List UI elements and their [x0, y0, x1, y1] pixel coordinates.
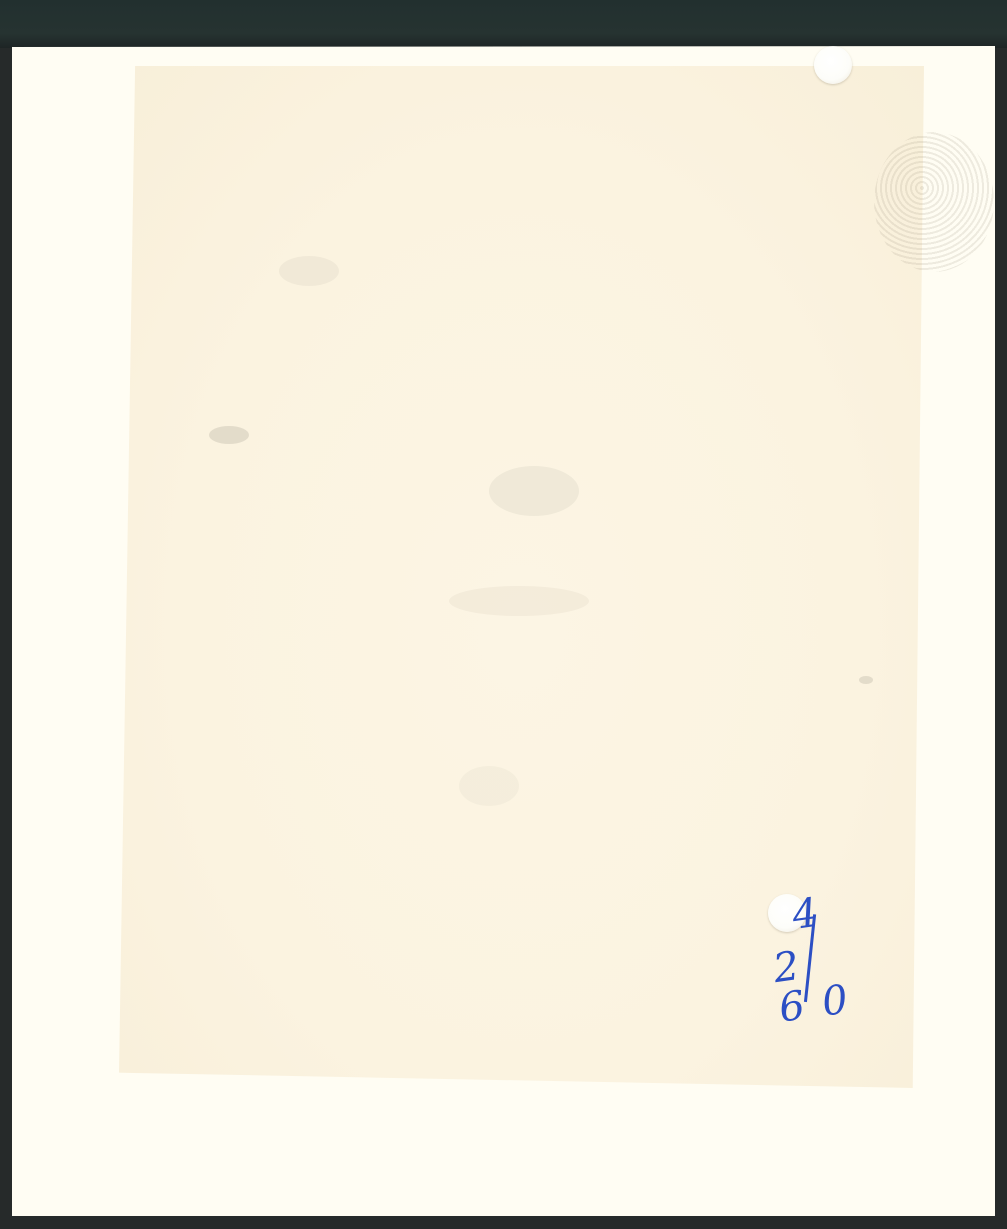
scan-background-top [0, 0, 1007, 48]
adhesive-dot-top [814, 46, 852, 84]
show-through-speck [209, 426, 249, 444]
handwritten-note-bottom: 2 60 [771, 937, 868, 1028]
mounting-card [12, 46, 995, 1216]
show-through-speck [459, 766, 519, 806]
show-through-speck [279, 256, 339, 286]
show-through-speck [449, 586, 589, 616]
show-through-speck [489, 466, 579, 516]
fingerprint-smudge [874, 132, 994, 272]
show-through-speck [859, 676, 873, 684]
